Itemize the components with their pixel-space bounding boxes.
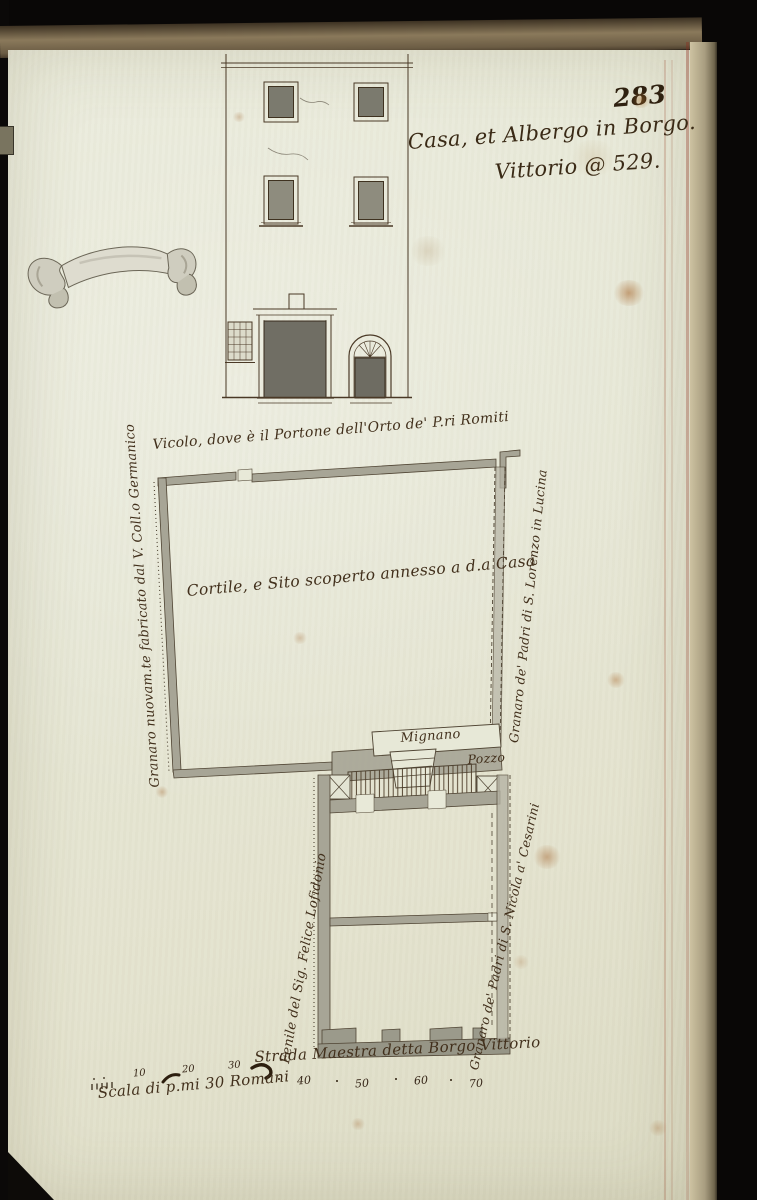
scale-mark-30: 30 xyxy=(228,1060,241,1072)
scale-mark-50: 50 xyxy=(355,1077,370,1091)
page-corner-shadow xyxy=(8,1152,54,1200)
pozzo-label: Pozzo xyxy=(467,749,506,767)
facade-elevation-sketch xyxy=(221,54,413,403)
manuscript-scan: 283 Casa, et Albergo in Borgo. Vittorio … xyxy=(0,0,757,1200)
scale-mark-60: 60 xyxy=(414,1074,429,1088)
architectural-drawing xyxy=(0,0,757,1200)
folio-number: 283 xyxy=(612,79,667,113)
ribbon-banderole-sketch xyxy=(27,245,197,309)
scale-mark-10: 10 xyxy=(133,1068,146,1080)
scale-mark-70: 70 xyxy=(469,1077,484,1091)
scale-mark-20: 20 xyxy=(182,1064,195,1076)
scale-mark-40: 40 xyxy=(297,1074,312,1088)
